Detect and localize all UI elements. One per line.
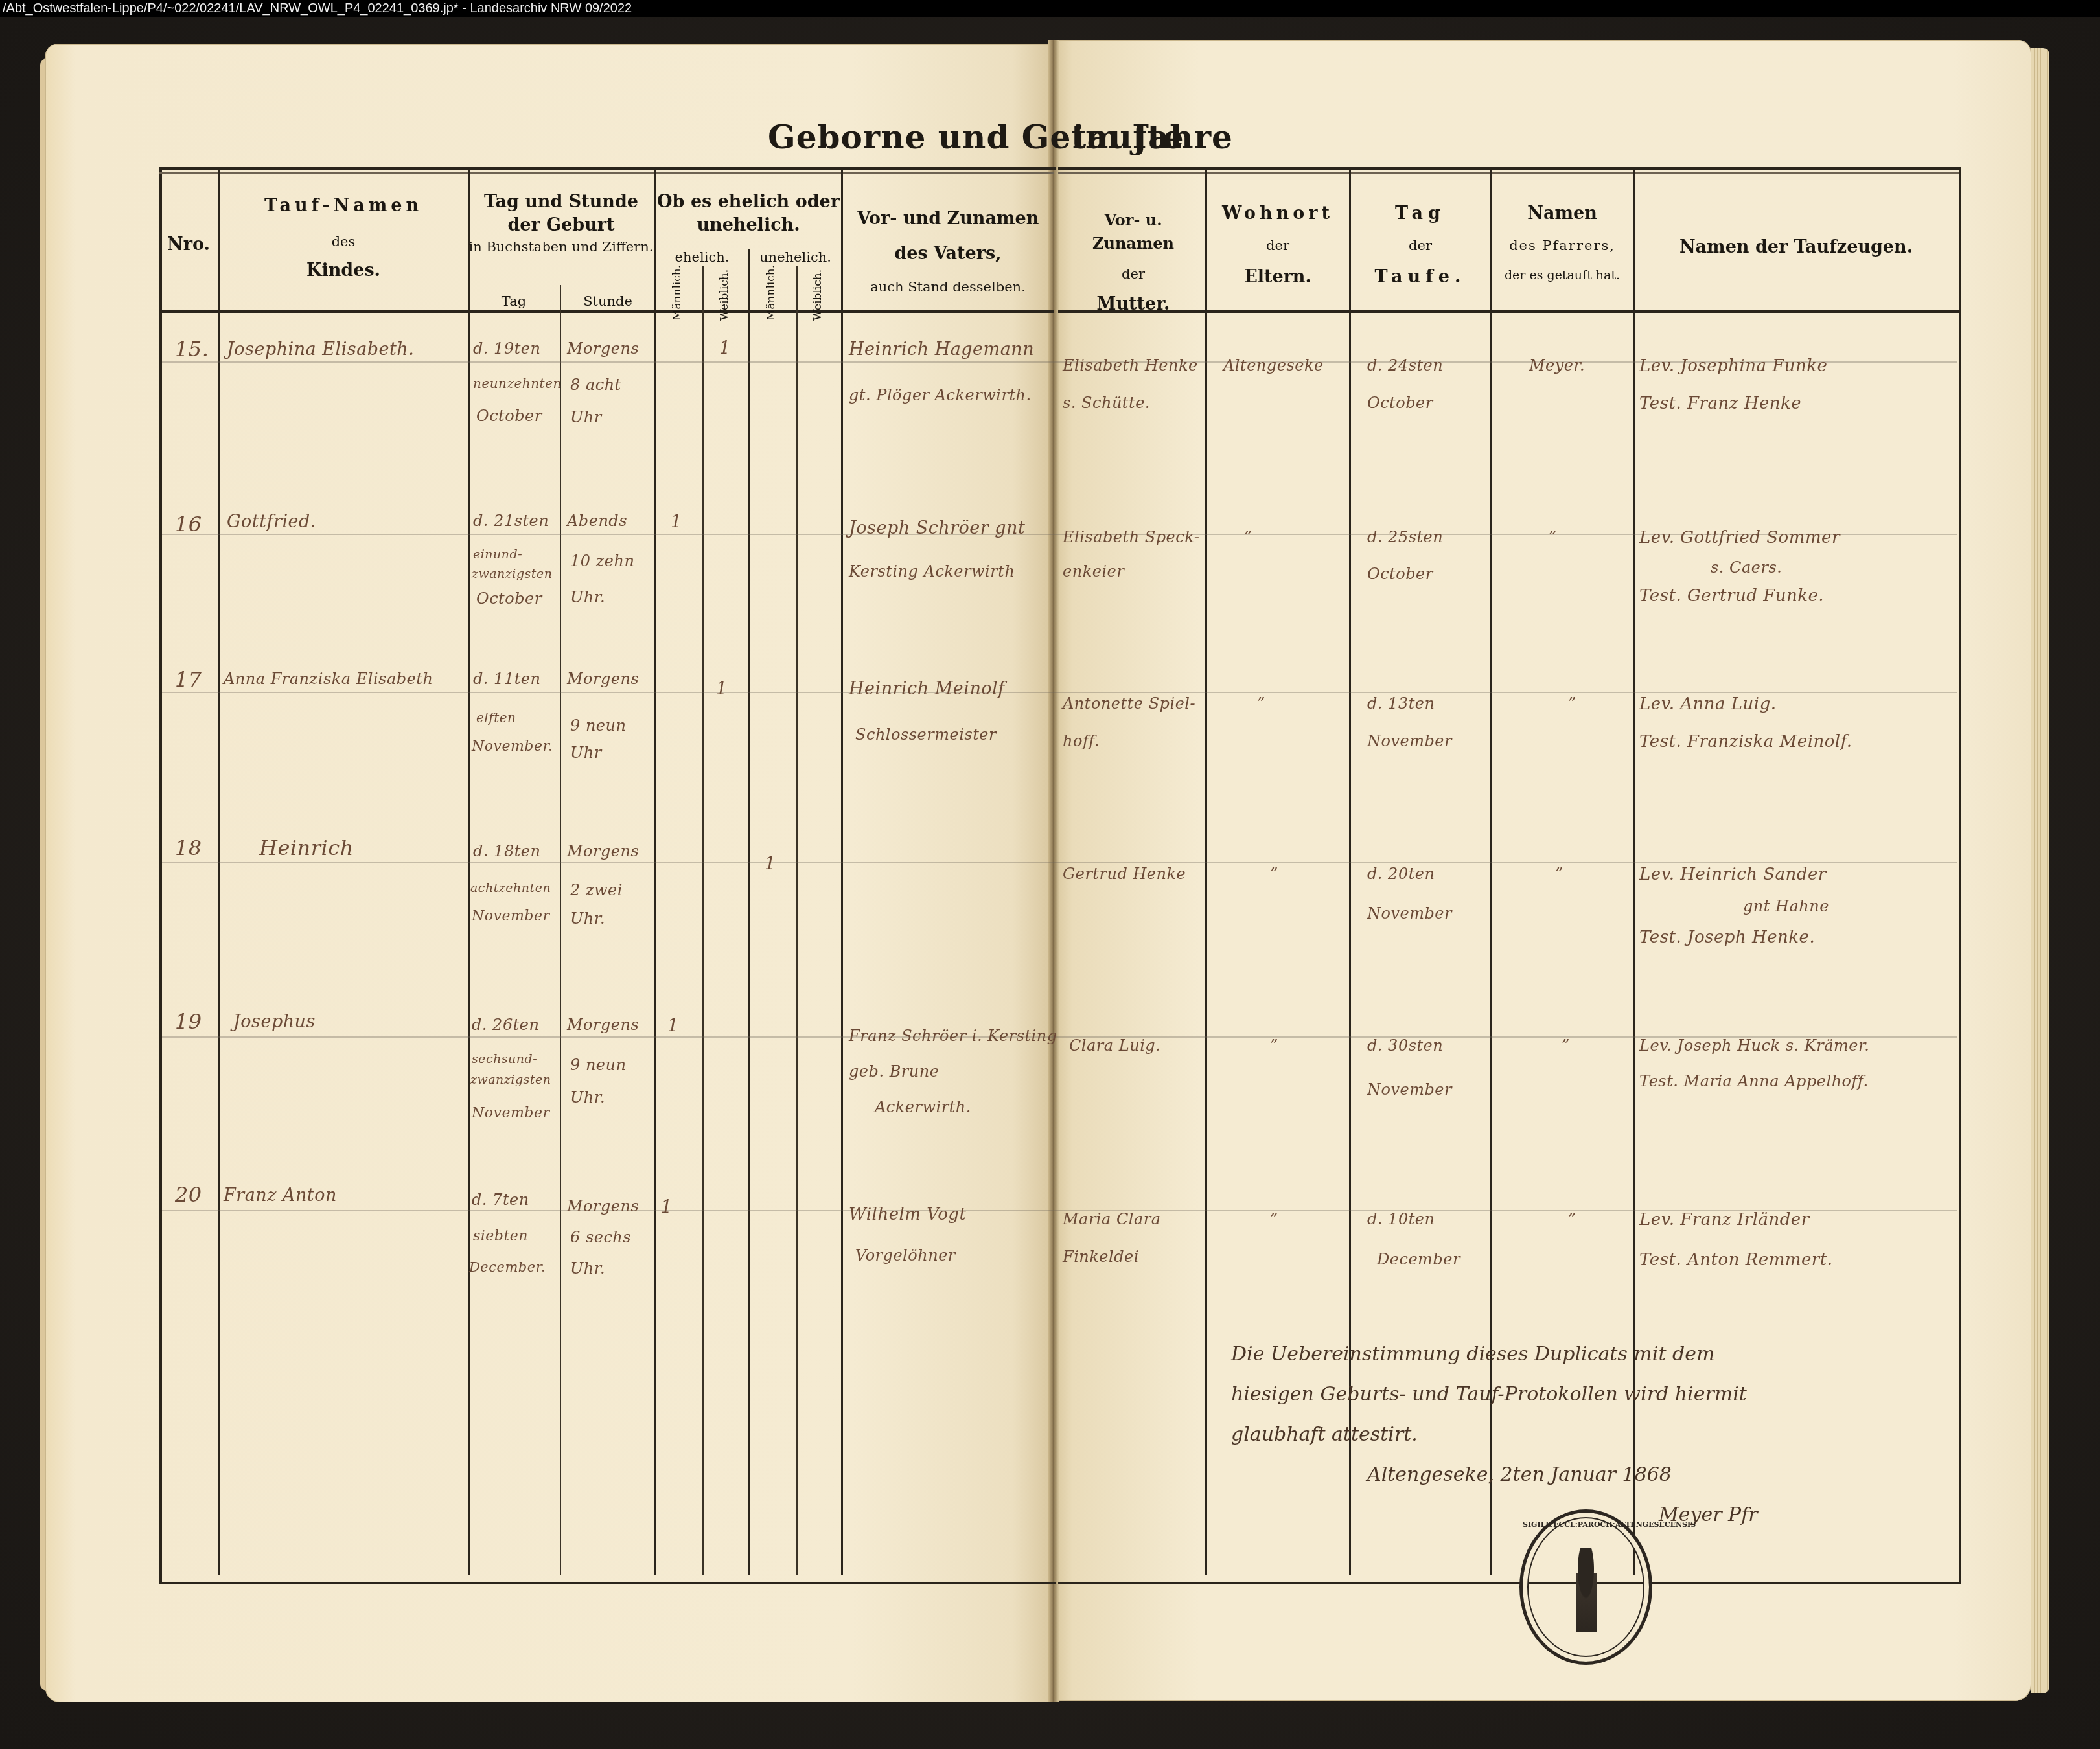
header-legit-female-2: Weiblich. <box>811 269 824 321</box>
col-divider <box>748 249 750 1575</box>
entry-birth-hour: Morgens <box>567 339 639 358</box>
entry-godparent-1: Lev. Franz Irländer <box>1639 1210 1810 1229</box>
header-priest-line1: Namen <box>1492 202 1633 225</box>
header-father: Vor- und Zunamen des Vaters, auch Stand … <box>842 207 1054 297</box>
right-page-edges <box>2031 48 2049 1693</box>
entry-birth-day: d. 21sten <box>473 512 549 530</box>
entry-birth-month: November <box>472 908 549 924</box>
entry-nr: 16 <box>175 512 202 536</box>
header-mother-line3: Mutter. <box>1061 293 1205 316</box>
entry-baptism-month: November <box>1367 732 1452 750</box>
entry-birth-hour-unit: Uhr. <box>570 588 605 606</box>
header-residence-line2: der <box>1206 236 1349 255</box>
entry-godparent-1: Lev. Anna Luig. <box>1639 694 1777 714</box>
header-baptism-date: Tag der Taufe. <box>1350 202 1490 289</box>
entry-baptism-day: d. 20ten <box>1367 865 1435 883</box>
header-mother-line2: der <box>1061 264 1205 284</box>
entry-mother-name-2: hoff. <box>1063 732 1100 750</box>
parish-seal-stamp: SIGILL:ECCL:PAROCH:ALTENGESECENSIS <box>1519 1509 1652 1665</box>
entry-nr: 17 <box>175 667 202 692</box>
entry-birth-hour-unit: Uhr. <box>570 1259 605 1277</box>
attestation-line-1: Die Uebereinstimmung dieses Duplicats mi… <box>1231 1334 1944 1375</box>
entry-baptism-month: October <box>1367 565 1433 583</box>
entry-godparent-1: Lev. Heinrich Sander <box>1639 865 1827 884</box>
header-baptism-line1: Tag <box>1350 202 1490 225</box>
entry-baptism-day: d. 30sten <box>1367 1036 1443 1055</box>
entry-birth-month: November. <box>472 738 553 755</box>
entry-child-name: Franz Anton <box>224 1185 337 1206</box>
header-father-line2: des Vaters, <box>842 242 1054 266</box>
header-double-rule-right <box>1058 172 1959 174</box>
entry-residence: ” <box>1257 694 1265 713</box>
entry-priest: ” <box>1568 1210 1576 1228</box>
header-legit-line1: Ob es ehelich oder <box>656 190 841 214</box>
header-birth-day-label: Tag <box>468 291 560 311</box>
entry-godparent-1-note: s. Caers. <box>1711 558 1782 577</box>
entry-birth-day: d. 19ten <box>473 339 540 358</box>
entry-birth-month: November <box>472 1105 549 1121</box>
entry-baptism-day: d. 13ten <box>1367 694 1435 713</box>
header-godparents-label: Namen der Taufzeugen. <box>1634 236 1958 259</box>
header-father-line1: Vor- und Zunamen <box>842 207 1054 231</box>
entry-birth-day-words: siebten <box>473 1228 528 1244</box>
ruling-line <box>162 862 1957 863</box>
entry-birth-month: October <box>476 589 542 608</box>
entry-father-name: Heinrich Meinolf <box>849 679 1005 699</box>
col-divider <box>841 170 843 1575</box>
entry-birth-hour: Morgens <box>567 1197 639 1215</box>
entry-birth-day-words: neunzehnten <box>473 376 562 391</box>
entry-birth-day-words: achtzehnten <box>470 881 551 895</box>
image-path-title: /Abt_Ostwestfalen-Lippe/P4/~022/02241/LA… <box>3 1 632 16</box>
entry-birth-hour-value: 9 neun <box>570 716 626 735</box>
entry-legit-mark: 1 <box>671 512 682 532</box>
entry-child-name: Josephina Elisabeth. <box>227 339 414 360</box>
entry-birth-month: December. <box>469 1259 546 1275</box>
entry-mother-name: Clara Luig. <box>1069 1036 1160 1055</box>
entry-birth-day: d. 26ten <box>472 1016 539 1034</box>
header-double-rule-left <box>159 172 1054 174</box>
entry-residence: ” <box>1270 1036 1278 1055</box>
entry-legit-mark: 1 <box>719 338 731 358</box>
entry-residence: ” <box>1244 528 1252 546</box>
header-birth-hour: Stunde <box>561 291 654 311</box>
entry-mother-name: Maria Clara <box>1063 1210 1161 1228</box>
entry-nr: 15. <box>175 337 209 361</box>
attestation-place-date: Altengeseke, 2ten Januar 1868 <box>1231 1455 1944 1495</box>
entry-mother-name: Elisabeth Henke <box>1063 356 1198 374</box>
seal-inscription: SIGILL:ECCL:PAROCH:ALTENGESECENSIS <box>1523 1520 1649 1529</box>
header-birth: Tag und Stunde der Geburt in Buchstaben … <box>468 190 654 257</box>
viewer-title-bar: /Abt_Ostwestfalen-Lippe/P4/~022/02241/LA… <box>0 0 2100 17</box>
entry-legit-mark: 1 <box>661 1197 673 1217</box>
header-child-line2: des <box>220 232 467 251</box>
header-baptism-line2: der <box>1350 236 1490 255</box>
entry-godparent-1-note: gnt Hahne <box>1743 897 1829 915</box>
entry-mother-name: Antonette Spiel- <box>1063 694 1195 713</box>
entry-birth-hour-unit: Uhr <box>570 744 602 762</box>
header-godparents: Namen der Taufzeugen. <box>1634 236 1958 259</box>
col-divider <box>560 285 561 1575</box>
header-legit-ehelich: ehelich. <box>656 247 748 267</box>
col-divider <box>654 170 656 1575</box>
entry-baptism-month: November <box>1367 1080 1452 1099</box>
header-priest-line2: des Pfarrers, <box>1492 236 1633 255</box>
entry-mother-name: Gertrud Henke <box>1063 865 1186 883</box>
entry-godparent-2: Test. Franz Henke <box>1639 394 1801 413</box>
header-baptism-line3: Taufe. <box>1350 266 1490 289</box>
entry-legit-mark: 1 <box>765 854 776 874</box>
col-divider <box>796 266 798 1575</box>
entry-father-status: Kersting Ackerwirth <box>849 562 1015 580</box>
entry-father-name: Wilhelm Vogt <box>849 1205 966 1224</box>
entry-birth-hour: Morgens <box>567 842 639 860</box>
entry-priest: ” <box>1549 528 1557 546</box>
entry-priest: Meyer. <box>1529 356 1585 374</box>
entry-priest: ” <box>1555 865 1563 883</box>
header-legit-line2: unehelich. <box>656 214 841 237</box>
entry-birth-hour-value: 10 zehn <box>570 552 634 570</box>
entry-nr: 18 <box>175 836 202 860</box>
entry-godparent-2: Test. Anton Remmert. <box>1639 1250 1832 1270</box>
entry-birth-hour: Morgens <box>567 1016 639 1034</box>
entry-mother-name-2: enkeier <box>1063 562 1124 580</box>
entry-residence: Altengeseke <box>1223 356 1324 374</box>
entry-father-name: Heinrich Hagemann <box>849 339 1034 360</box>
entry-father-name: Franz Schröer i. Kersting <box>849 1027 1057 1045</box>
attestation-line-2: hiesigen Geburts- und Tauf-Protokollen w… <box>1231 1375 1944 1415</box>
entry-father-birthname: geb. Brune <box>849 1062 939 1080</box>
entry-baptism-day: d. 24sten <box>1367 356 1443 374</box>
entry-child-name: Anna Franziska Elisabeth <box>224 670 433 688</box>
header-birth-day: Tag <box>468 291 560 311</box>
header-child-line1: Tauf-Namen <box>220 194 467 218</box>
seal-bishop-figure-icon <box>1568 1548 1604 1632</box>
page-title-right: im Jahre <box>1072 118 1233 156</box>
header-residence-line1: Wohnort <box>1206 202 1349 225</box>
entry-godparent-1: Lev. Joseph Huck s. Krämer. <box>1639 1036 1869 1055</box>
entry-nr: 19 <box>175 1009 202 1034</box>
col-divider <box>1205 170 1207 1575</box>
entry-priest: ” <box>1568 694 1576 713</box>
entry-birth-hour-unit: Uhr <box>570 408 602 426</box>
header-mother: Vor- u. Zunamen der Mutter. <box>1061 209 1205 316</box>
entry-father-status: Vorgelöhner <box>855 1246 956 1264</box>
entry-legit-mark: 1 <box>667 1016 679 1036</box>
header-legit-unehelich: unehelich. <box>750 247 841 267</box>
entry-birth-hour-unit: Uhr. <box>570 909 605 928</box>
header-priest-line3: der es getauft hat. <box>1492 266 1633 285</box>
entry-nr: 20 <box>175 1182 202 1207</box>
entry-baptism-month: October <box>1367 394 1433 412</box>
entry-godparent-2: Test. Joseph Henke. <box>1639 928 1815 947</box>
header-priest: Namen des Pfarrers, der es getauft hat. <box>1492 202 1633 285</box>
entry-birth-hour-value: 9 neun <box>570 1056 626 1074</box>
entry-residence: ” <box>1270 1210 1278 1228</box>
header-legit-unehelich-label: unehelich. <box>750 247 841 267</box>
header-mother-line1: Vor- u. Zunamen <box>1061 209 1205 255</box>
entry-mother-name-2: Finkeldei <box>1063 1248 1139 1266</box>
header-legit-ehelich-label: ehelich. <box>656 247 748 267</box>
header-child-name: Tauf-Namen des Kindes. <box>220 194 467 282</box>
entry-birth-hour: Morgens <box>567 670 639 688</box>
entry-birth-day: d. 18ten <box>473 842 540 860</box>
entry-birth-hour: Abends <box>567 512 627 530</box>
entry-birth-day-words-2: zwanzigsten <box>472 567 552 581</box>
entry-birth-day: d. 11ten <box>473 670 540 688</box>
header-father-line3: auch Stand desselben. <box>842 277 1054 297</box>
header-legit-male-2: Männlich. <box>765 269 778 321</box>
entry-birth-day-words-2: zwanzigsten <box>470 1073 551 1087</box>
entry-birth-hour-unit: Uhr. <box>570 1088 605 1106</box>
header-nr: Nro. <box>159 233 218 257</box>
entry-birth-hour-value: 6 sechs <box>570 1228 631 1246</box>
entry-priest: ” <box>1562 1036 1570 1055</box>
entry-birth-hour-value: 8 acht <box>570 376 621 394</box>
col-divider <box>468 170 470 1575</box>
entry-godparent-1: Lev. Josephina Funke <box>1639 356 1827 376</box>
entry-child-name: Gottfried. <box>227 512 316 532</box>
attestation-line-3: glaubhaft attestirt. <box>1231 1415 1944 1455</box>
attestation-note: Die Uebereinstimmung dieses Duplicats mi… <box>1231 1334 1944 1535</box>
entry-baptism-day: d. 10ten <box>1367 1210 1435 1228</box>
col-divider <box>702 266 704 1575</box>
entry-godparent-2: Test. Maria Anna Appelhoff. <box>1639 1072 1869 1090</box>
entry-mother-name: Elisabeth Speck- <box>1063 528 1199 546</box>
entry-baptism-month: November <box>1367 904 1452 922</box>
header-legitimacy: Ob es ehelich oder unehelich. <box>656 190 841 237</box>
header-residence: Wohnort der Eltern. <box>1206 202 1349 289</box>
entry-birth-day: d. 7ten <box>472 1191 529 1209</box>
entry-father-status: Schlossermeister <box>855 726 997 744</box>
header-child-line3: Kindes. <box>220 259 467 282</box>
entry-child-name: Heinrich <box>259 836 354 860</box>
entry-baptism-day: d. 25sten <box>1367 528 1443 546</box>
header-nr-label: Nro. <box>159 233 218 257</box>
header-birth-line3: in Buchstaben und Ziffern. <box>468 237 654 257</box>
entry-birth-month: October <box>476 407 542 425</box>
header-legit-female-1: Weiblich. <box>718 269 731 321</box>
entry-baptism-month: December <box>1377 1250 1460 1268</box>
entry-godparent-2: Test. Franziska Meinolf. <box>1639 732 1852 751</box>
header-birth-hour-label: Stunde <box>561 291 654 311</box>
entry-legit-mark: 1 <box>716 679 728 699</box>
entry-child-name: Josephus <box>233 1012 316 1032</box>
header-residence-line3: Eltern. <box>1206 266 1349 289</box>
ruling-line <box>162 692 1957 693</box>
entry-birth-day-words: elften <box>476 710 516 726</box>
entry-mother-name-2: s. Schütte. <box>1063 394 1150 412</box>
entry-birth-hour-value: 2 zwei <box>570 881 623 899</box>
entry-residence: ” <box>1270 865 1278 883</box>
entry-father-name: Joseph Schröer gnt <box>849 518 1025 538</box>
header-legit-male-1: Männlich. <box>671 269 684 321</box>
entry-godparent-2: Test. Gertrud Funke. <box>1639 586 1824 606</box>
header-birth-line2: der Geburt <box>468 214 654 237</box>
col-divider <box>218 170 220 1575</box>
entry-birth-day-words: einund- <box>473 547 522 562</box>
entry-godparent-1: Lev. Gottfried Sommer <box>1639 528 1840 547</box>
entry-father-status: gt. Plöger Ackerwirth. <box>849 386 1032 404</box>
entry-birth-day-words: sechsund- <box>472 1052 537 1066</box>
header-birth-line1: Tag und Stunde <box>468 190 654 214</box>
entry-father-status: Ackerwirth. <box>875 1098 971 1116</box>
